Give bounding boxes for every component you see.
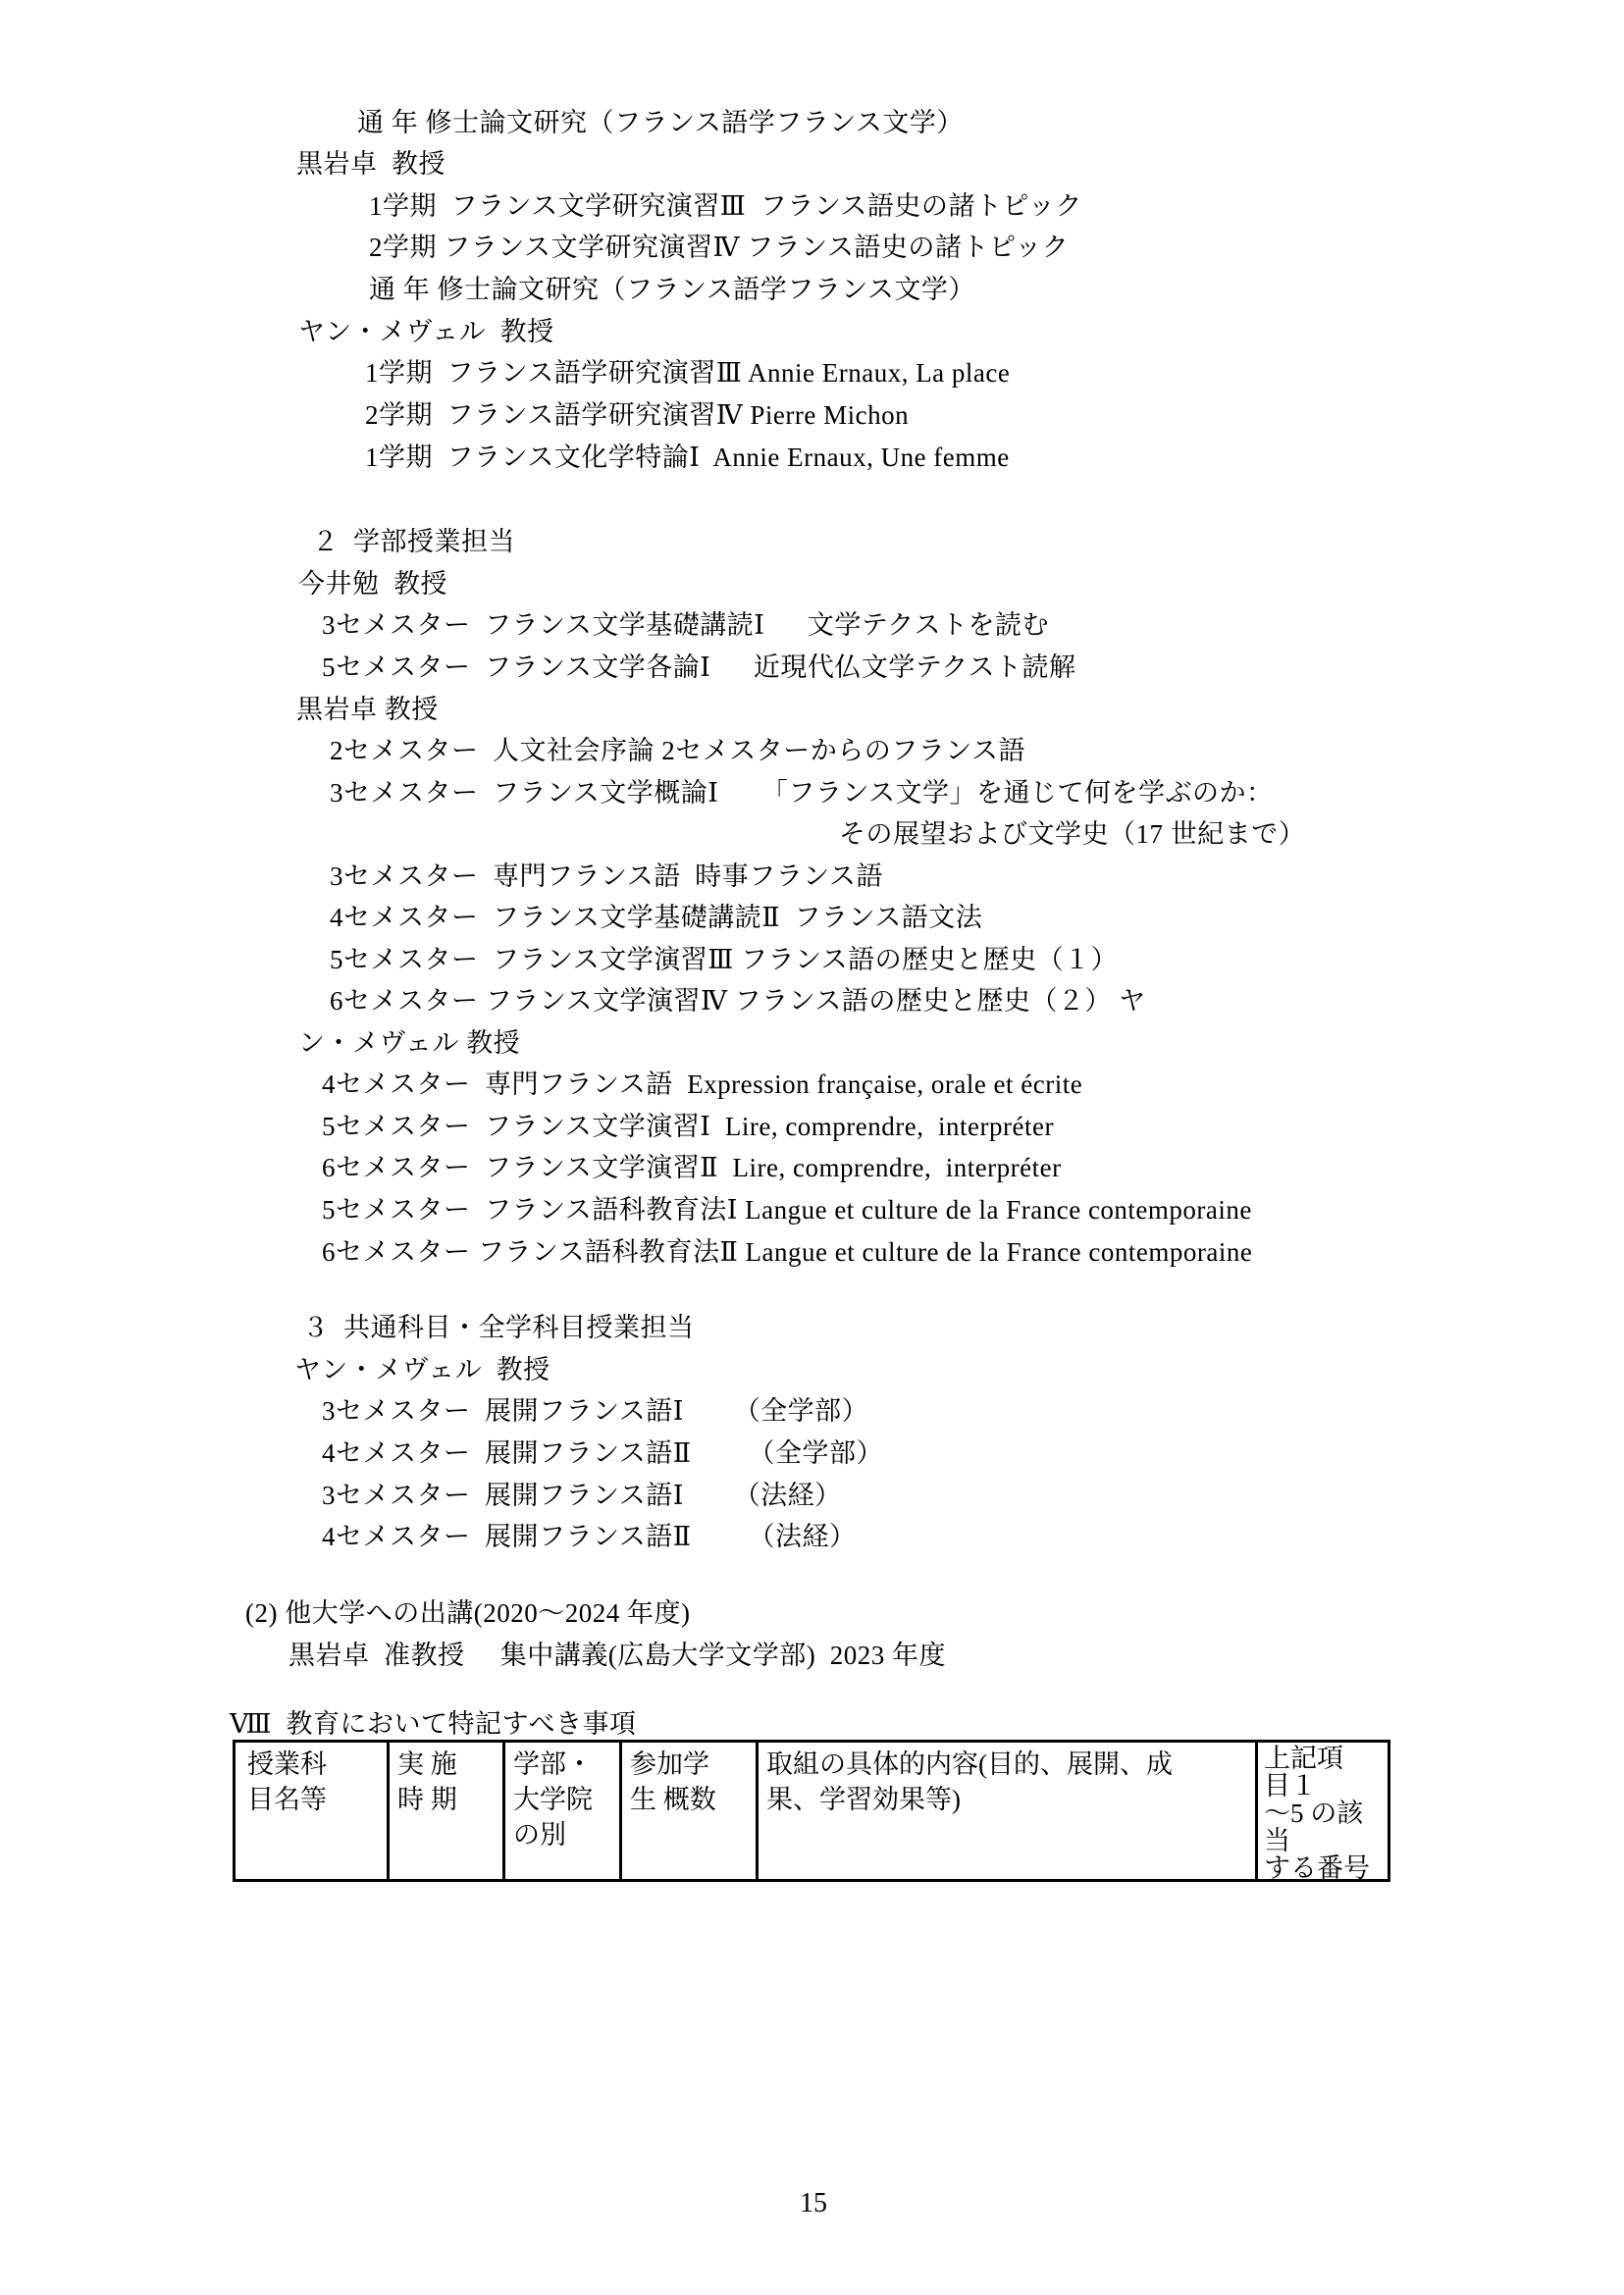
table-header-level: 学部・ 大学院 の別 bbox=[505, 1743, 622, 1879]
lecture-line: 黒岩卓 准教授 集中講義(広島大学文学部) 2023 年度 bbox=[288, 1639, 946, 1672]
course-line: 5セメスター フランス文学演習Ⅲ フランス語の歴史と歴史（１） bbox=[330, 943, 1118, 976]
course-line: 1学期 フランス文学研究演習Ⅲ フランス語史の諸トピック bbox=[369, 189, 1082, 223]
course-line: 3セメスター 展開フランス語Ⅰ （全学部） bbox=[322, 1394, 868, 1428]
course-line: 4セメスター 展開フランス語Ⅱ （全学部） bbox=[322, 1436, 883, 1470]
course-line: 3セメスター フランス文学基礎講読Ⅰ 文学テクストを読む bbox=[322, 608, 1049, 642]
subsection-heading: (2) 他大学への出講(2020～2024 年度) bbox=[245, 1596, 690, 1630]
table-header-course-name: 授業科 目名等 bbox=[236, 1743, 390, 1879]
course-line: 3セメスター 展開フランス語Ⅰ （法経） bbox=[322, 1479, 842, 1512]
instructor-name: 黒岩卓 教授 bbox=[296, 693, 439, 726]
course-line: 通 年 修士論文研究（フランス語学フランス文学） bbox=[357, 106, 964, 139]
course-line: 6セメスター フランス文学演習Ⅱ Lire, comprendre, inter… bbox=[322, 1151, 1062, 1184]
course-line: 4セメスター 展開フランス語Ⅱ （法経） bbox=[322, 1520, 857, 1553]
page-number: 15 bbox=[800, 2188, 827, 2219]
instructor-name: ン・メヴェル 教授 bbox=[298, 1026, 520, 1060]
course-line: 4セメスター 専門フランス語 Expression française, ora… bbox=[322, 1068, 1082, 1101]
course-line: 通 年 修士論文研究（フランス語学フランス文学） bbox=[369, 273, 975, 306]
course-line: 3セメスター フランス文学概論Ⅰ 「フランス文学」を通じて何を学ぶのか： bbox=[330, 776, 1274, 809]
course-line: 1学期 フランス文化学特論Ⅰ Annie Ernaux, Une femme bbox=[365, 441, 1010, 474]
instructor-name: 黒岩卓 教授 bbox=[296, 147, 445, 181]
course-line: 5セメスター フランス文学各論Ⅰ 近現代仏文学テクスト読解 bbox=[322, 651, 1076, 684]
section-heading: Ⅷ 教育において特記すべき事項 bbox=[230, 1707, 637, 1741]
course-line: 1学期 フランス語学研究演習Ⅲ Annie Ernaux, La place bbox=[365, 356, 1010, 390]
course-line: 5セメスター フランス文学演習Ⅰ Lire, comprendre, inter… bbox=[322, 1110, 1054, 1143]
course-line: 5セメスター フランス語科教育法Ⅰ Langue et culture de l… bbox=[322, 1193, 1252, 1226]
course-line: 3セメスター 専門フランス語 時事フランス語 bbox=[330, 860, 883, 893]
course-line: 6セメスター フランス語科教育法Ⅱ Langue et culture de l… bbox=[322, 1235, 1252, 1269]
table-header-participants: 参加学 生 概数 bbox=[622, 1743, 759, 1879]
education-notes-table: 授業科 目名等 実 施 時 期 学部・ 大学院 の別 参加学 生 概数 取組の具… bbox=[233, 1740, 1390, 1882]
course-line: 2学期 フランス語学研究演習Ⅳ Pierre Michon bbox=[365, 398, 909, 432]
course-line-continuation: その展望および文学史（17 世紀まで） bbox=[839, 817, 1305, 851]
course-line: 6セメスター フランス文学演習Ⅳ フランス語の歴史と歴史（２） ヤ bbox=[330, 984, 1146, 1017]
table-header-item-number: 上記項 目１ ～5 の該 当 する番号 bbox=[1258, 1743, 1388, 1879]
instructor-name: ヤン・メヴェル 教授 bbox=[294, 1353, 550, 1386]
section-heading: ３ 共通科目・全学科目授業担当 bbox=[302, 1311, 695, 1344]
instructor-name: ヤン・メヴェル 教授 bbox=[298, 315, 554, 348]
section-heading: ２ 学部授業担当 bbox=[312, 525, 515, 558]
course-line: 2学期 フランス文学研究演習Ⅳ フランス語史の諸トピック bbox=[369, 231, 1069, 264]
table-header-period: 実 施 時 期 bbox=[390, 1743, 505, 1879]
instructor-name: 今井勉 教授 bbox=[298, 567, 447, 600]
course-line: 4セメスター フランス文学基礎講読Ⅱ フランス語文法 bbox=[330, 901, 982, 934]
course-line: 2セメスター 人文社会序論 2セメスターからのフランス語 bbox=[330, 734, 1025, 767]
table-header-content: 取組の具体的内容(目的、展開、成 果、学習効果等) bbox=[759, 1743, 1258, 1879]
